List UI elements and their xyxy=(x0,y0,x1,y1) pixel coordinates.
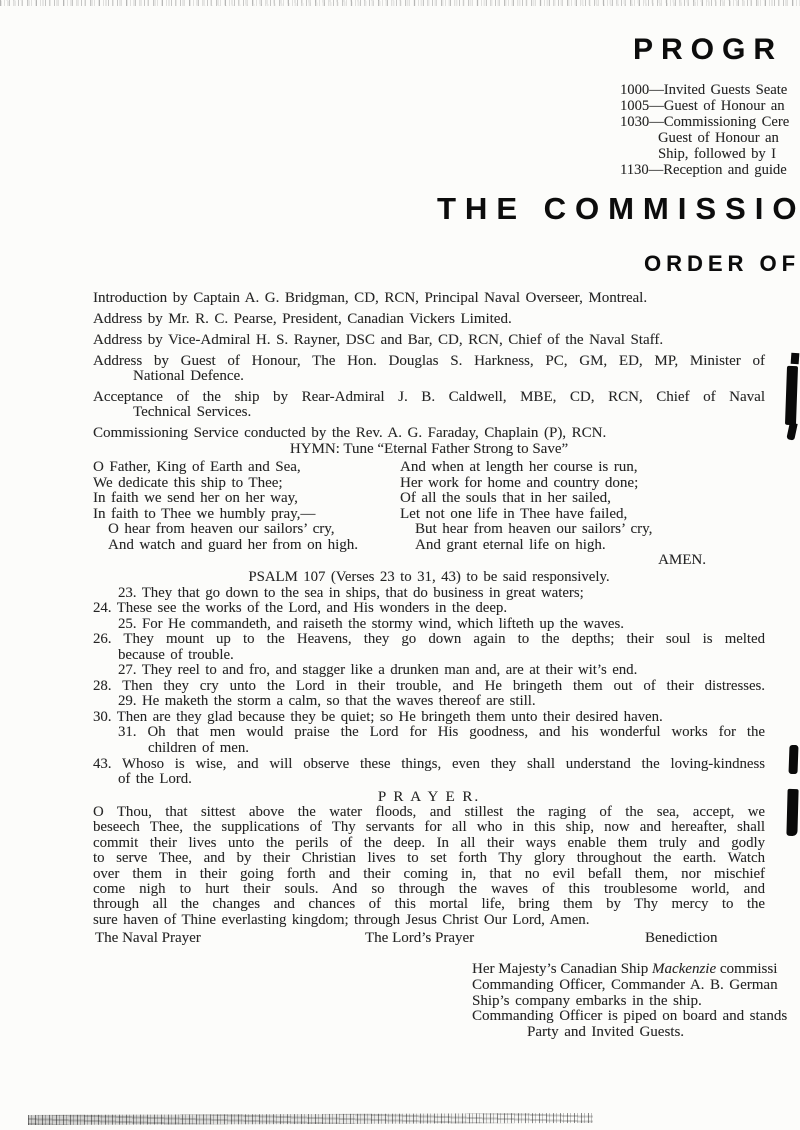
prayer-line: beseech Thee, the supplications of Thy s… xyxy=(93,820,765,835)
psalm-line: 24. These see the works of the Lord, and… xyxy=(93,601,765,617)
schedule-line: Ship, followed by I xyxy=(658,147,800,163)
prayer-line: commit their lives unto the perils of th… xyxy=(93,836,765,851)
hymn-line: And watch and guard her from on high. xyxy=(108,538,393,554)
hymn-line: And grant eternal life on high. xyxy=(415,538,720,554)
scan-mark-right-upper xyxy=(785,366,798,425)
hymn-line: In faith to Thee we humbly pray,— xyxy=(93,507,393,523)
commissioning-heading: THE COMMISSION xyxy=(437,191,800,227)
prayer-line: come nigh to hurt their souls. And so th… xyxy=(93,882,765,897)
naval-prayer-label: The Naval Prayer xyxy=(95,930,201,947)
schedule-line: 1130—Reception and guide xyxy=(620,163,800,179)
scan-mark-right-lower xyxy=(786,789,798,836)
hymn-line: Of all the souls that in her sailed, xyxy=(400,491,720,507)
psalm-line: 29. He maketh the storm a calm, so that … xyxy=(118,694,765,710)
psalm-line: 23. They that go down to the sea in ship… xyxy=(118,586,765,602)
order-item-line: National Defence. xyxy=(133,369,765,384)
hymn-line: AMEN. xyxy=(400,553,720,569)
hymn-line: O Father, King of Earth and Sea, xyxy=(93,460,393,476)
order-item-acceptance-caldwell: Acceptance of the ship by Rear-Admiral J… xyxy=(93,390,765,420)
programme-schedule: 1000—Invited Guests Seate1005—Guest of H… xyxy=(620,83,800,178)
top-scan-noise xyxy=(0,0,800,6)
psalm-line: 31. Oh that men would praise the Lord fo… xyxy=(118,725,765,741)
lords-prayer-label: The Lord’s Prayer xyxy=(365,930,474,947)
embarkation-notes: Her Majesty’s Canadian Ship Mackenzie co… xyxy=(472,962,800,1041)
order-item-line: Address by Mr. R. C. Pearse, President, … xyxy=(93,312,765,327)
prayer-line: to serve Thee, and by their Christian li… xyxy=(93,851,765,866)
scan-mark-right-lower xyxy=(788,745,798,774)
prayer-line: through all the changes and chances of t… xyxy=(93,897,765,912)
bottom-scan-noise xyxy=(28,1113,593,1125)
scan-mark-right-upper xyxy=(791,353,800,365)
psalm-line: PSALM 107 (Verses 23 to 31, 43) to be sa… xyxy=(93,570,765,586)
embarkation-rest: Commanding Officer, Commander A. B. Germ… xyxy=(472,978,800,1041)
hmcs-line-prefix: Her Majesty’s Canadian Ship xyxy=(472,961,652,977)
embarkation-line: Commanding Officer is piped on board and… xyxy=(472,1009,800,1025)
embarkation-line: Commanding Officer, Commander A. B. Germ… xyxy=(472,978,800,994)
hmcs-commissioning-line: Her Majesty’s Canadian Ship Mackenzie co… xyxy=(472,962,800,978)
order-item-line: Commissioning Service conducted by the R… xyxy=(93,426,765,441)
hymn-line: In faith we send her on her way, xyxy=(93,491,393,507)
psalm-line: 30. Then are they glad because they be q… xyxy=(93,710,765,726)
prayer-line: O Thou, that sittest above the water flo… xyxy=(93,805,765,820)
psalm-line: children of men. xyxy=(148,741,765,757)
schedule-line: 1030—Commissioning Cere xyxy=(620,115,800,131)
hymn-line: But hear from heaven our sailors’ cry, xyxy=(415,522,720,538)
psalm-line: 28. Then they cry unto the Lord in their… xyxy=(93,679,765,695)
schedule-line: Guest of Honour an xyxy=(658,131,800,147)
closing-prayers-row: The Naval Prayer The Lord’s Prayer Bened… xyxy=(0,930,800,950)
psalm-line: 25. For He commandeth, and raiseth the s… xyxy=(118,617,765,633)
hymn-line: And when at length her course is run, xyxy=(400,460,720,476)
prayer-text: O Thou, that sittest above the water flo… xyxy=(93,805,765,928)
schedule-line: 1005—Guest of Honour an xyxy=(620,99,800,115)
hymn-line: Let not one life in Thee have failed, xyxy=(400,507,720,523)
order-item-introduction: Introduction by Captain A. G. Bridgman, … xyxy=(93,291,765,306)
psalm-line: of the Lord. xyxy=(118,772,765,788)
prayer-line: sure haven of Thine everlasting kingdom;… xyxy=(93,913,765,928)
order-item-line: Technical Services. xyxy=(133,405,765,420)
hymn-line: Her work for home and country done; xyxy=(400,476,720,492)
psalm-section: PSALM 107 (Verses 23 to 31, 43) to be sa… xyxy=(93,570,765,788)
embarkation-line: Ship’s company embarks in the ship. xyxy=(472,994,800,1010)
order-item-address-pearse: Address by Mr. R. C. Pearse, President, … xyxy=(93,312,765,327)
order-item-address-harkness: Address by Guest of Honour, The Hon. Dou… xyxy=(93,354,765,384)
order-item-line: Address by Vice-Admiral H. S. Rayner, DS… xyxy=(93,333,765,348)
hmcs-line-suffix: commissi xyxy=(716,961,777,977)
psalm-line: because of trouble. xyxy=(118,648,765,664)
order-of-ceremony: Introduction by Captain A. G. Bridgman, … xyxy=(93,291,765,447)
psalm-line: 43. Whoso is wise, and will observe thes… xyxy=(93,757,765,773)
scan-mark-right-upper xyxy=(786,422,797,440)
psalm-line: 27. They reel to and fro, and stagger li… xyxy=(118,663,765,679)
ship-name: Mackenzie xyxy=(652,961,716,977)
hymn-line: O hear from heaven our sailors’ cry, xyxy=(108,522,393,538)
order-item-line: Acceptance of the ship by Rear-Admiral J… xyxy=(93,390,765,405)
order-of-heading: ORDER OF xyxy=(644,251,800,277)
hymn-line: We dedicate this ship to Thee; xyxy=(93,476,393,492)
hymn-heading: HYMN: Tune “Eternal Father Strong to Sav… xyxy=(93,441,765,458)
hymn-verse-right: And when at length her course is run,Her… xyxy=(400,460,720,569)
order-item-address-rayner: Address by Vice-Admiral H. S. Rayner, DS… xyxy=(93,333,765,348)
schedule-line: 1000—Invited Guests Seate xyxy=(620,83,800,99)
embarkation-line: Party and Invited Guests. xyxy=(527,1025,800,1041)
order-item-line: Introduction by Captain A. G. Bridgman, … xyxy=(93,291,765,306)
psalm-line: 26. They mount up to the Heavens, they g… xyxy=(93,632,765,648)
order-item-commissioning-service: Commissioning Service conducted by the R… xyxy=(93,426,765,441)
benediction-label: Benediction xyxy=(645,930,717,947)
programme-title: PROGR xyxy=(633,33,783,67)
scanned-programme-page: PROGR 1000—Invited Guests Seate1005—Gues… xyxy=(0,0,800,1130)
prayer-line: over them in their going forth and their… xyxy=(93,867,765,882)
hymn-verse-left: O Father, King of Earth and Sea,We dedic… xyxy=(93,460,393,553)
order-item-line: Address by Guest of Honour, The Hon. Dou… xyxy=(93,354,765,369)
